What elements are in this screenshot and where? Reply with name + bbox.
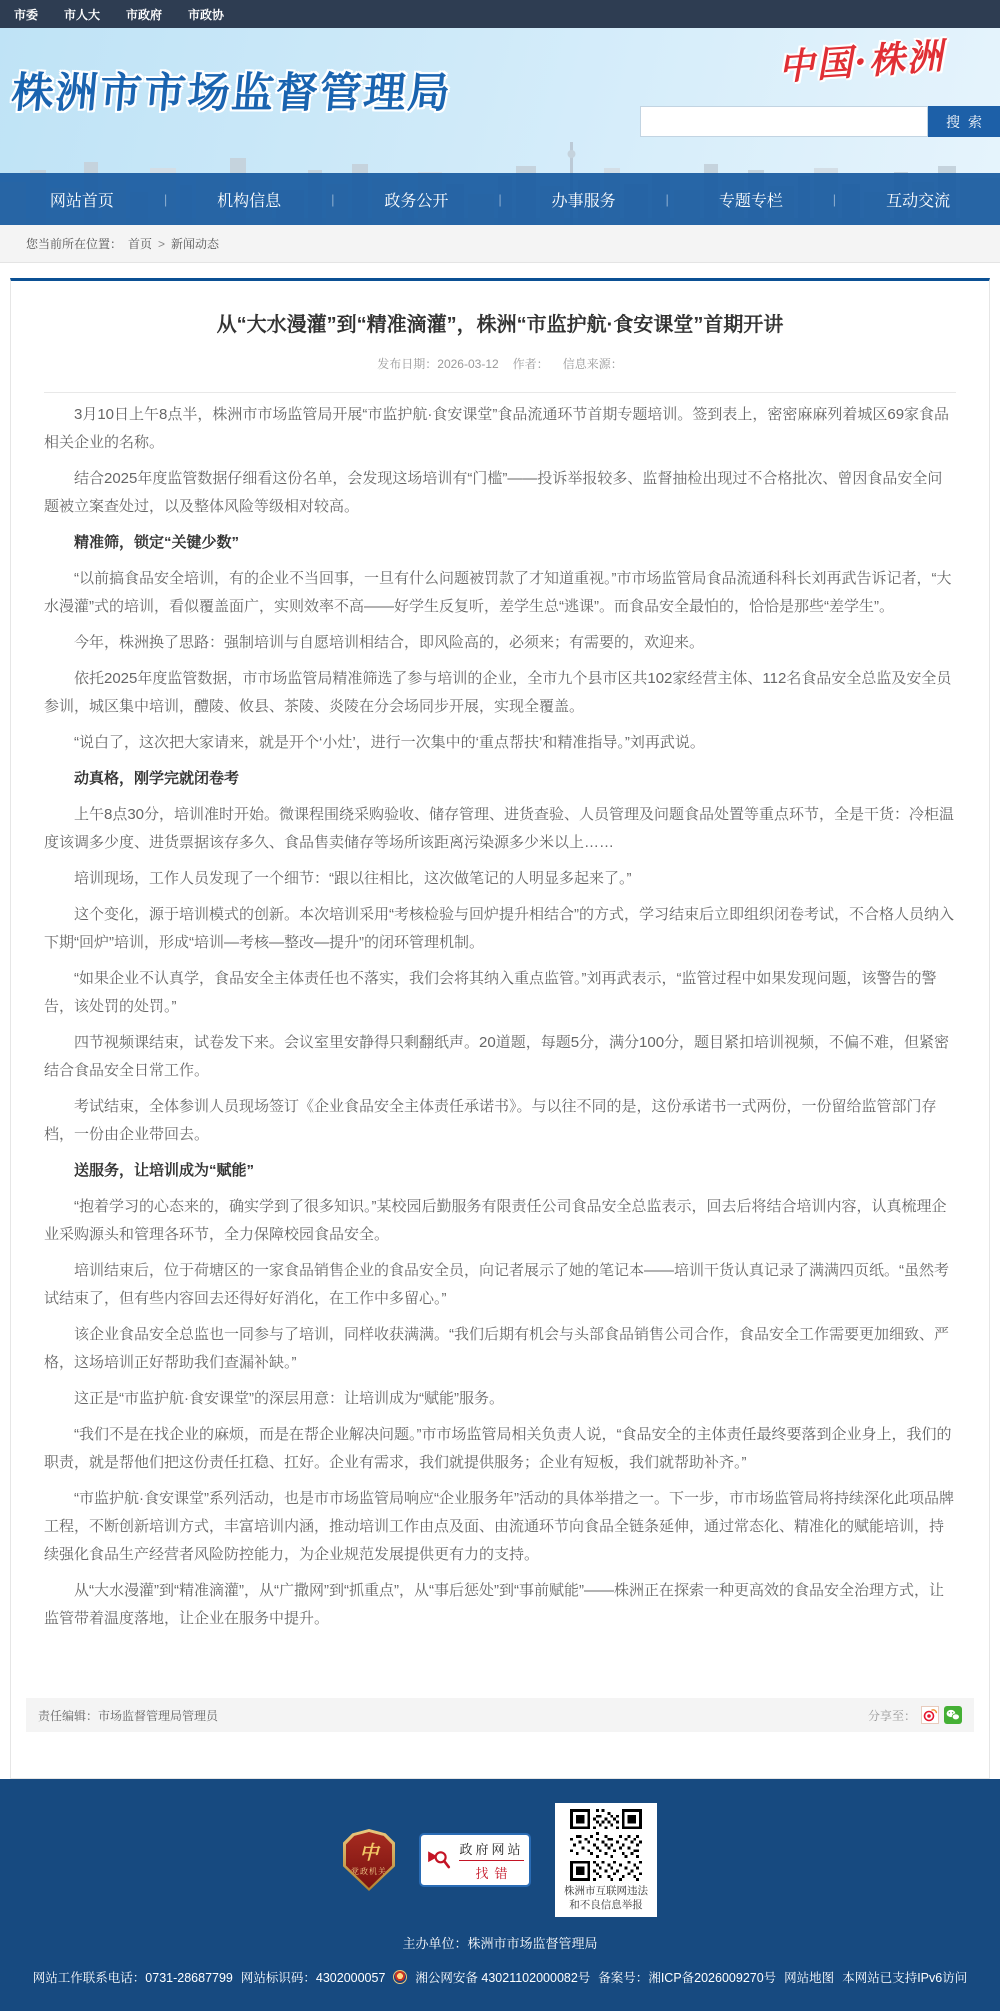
article-paragraph: 依托2025年度监管数据，市市场监管局精准筛选了参与培训的企业，全市九个县市区共… [44, 665, 956, 721]
nav-item-3[interactable]: 办事服务 [502, 188, 666, 211]
article-paragraph: “如果企业不认真学，食品安全主体责任也不落实，我们会将其纳入重点监管。”刘再武表… [44, 965, 956, 1021]
footer-badges: 中 党政机关 政府网站 找错 株洲市互联网违法 和不良信息举报 [0, 1779, 1000, 1921]
author-label: 作者： [513, 355, 549, 372]
article-paragraph: 从“大水漫灌”到“精准滴灌”，从“广撒网”到“抓重点”，从“事后惩处”到“事前赋… [44, 1577, 956, 1633]
organizer-line: 主办单位：株洲市市场监督管理局 [0, 1933, 1000, 1952]
main-nav: 网站首页|机构信息|政务公开|办事服务|专题专栏|互动交流 [0, 173, 1000, 225]
breadcrumb-item-1[interactable]: 新闻动态 [171, 235, 219, 252]
publish-date: 发布日期：2026-03-12 [377, 355, 498, 372]
article-paragraph: 今年，株洲换了思路：强制培训与自愿培训相结合，即风险高的，必须来；有需要的，欢迎… [44, 629, 956, 657]
article-meta: 发布日期：2026-03-12 作者： 信息来源： [44, 355, 956, 372]
article-paragraph: 3月10日上午8点半，株洲市市场监管局开展“市监护航·食安课堂”食品流通环节首期… [44, 401, 956, 457]
share-bar: 分享至： [868, 1706, 962, 1724]
breadcrumb-items: 首页>新闻动态 [128, 235, 219, 252]
icp-link[interactable]: 湘ICP备2026009270号 [648, 1968, 776, 1986]
breadcrumb-item-0[interactable]: 首页 [128, 235, 152, 252]
police-badge-icon [393, 1970, 407, 1984]
report-qr-label-line2: 和不良信息举报 [559, 1898, 653, 1912]
site-banner: 株洲市市场监督管理局 中国·株洲 搜索 网站首页|机构信息|政务公开|办事服务|… [0, 28, 1000, 225]
icp-group: 备案号：湘ICP备2026009270号 [598, 1968, 776, 1986]
report-qr-box: 株洲市互联网违法 和不良信息举报 [555, 1803, 657, 1917]
magnifier-flag-icon [426, 1847, 452, 1873]
footer-info-line: 网站工作联系电话：0731-28687799 网站标识码：4302000057 … [0, 1968, 1000, 1986]
wechat-icon[interactable] [944, 1706, 962, 1724]
editor-bar: 责任编辑：市场监督管理局管理员 分享至： [26, 1698, 974, 1732]
police-filing-link[interactable]: 湘公网安备 43021102000082号 [415, 1968, 590, 1986]
breadcrumb-separator: > [158, 237, 165, 251]
icp-label: 备案号： [598, 1968, 648, 1986]
nav-item-4[interactable]: 专题专栏 [669, 188, 833, 211]
top-bar-links: 市委市人大市政府市政协 [14, 6, 224, 23]
article-paragraph: “以前搞食品安全培训，有的企业不当回事，一旦有什么问题被罚款了才知道重视。”市市… [44, 565, 956, 621]
article-body: 3月10日上午8点半，株洲市市场监管局开展“市监护航·食安课堂”食品流通环节首期… [44, 401, 956, 1633]
china-zhuzhou-logo: 中国·株洲 [777, 28, 947, 90]
party-government-badge[interactable]: 中 党政机关 [343, 1829, 395, 1891]
article-title: 从“大水漫灌”到“精准滴灌”，株洲“市监护航·食安课堂”首期开讲 [44, 311, 956, 339]
article-paragraph: 这个变化，源于培训模式的创新。本次培训采用“考核检验与回炉提升相结合”的方式，学… [44, 901, 956, 957]
article-paragraph: “市监护航·食安课堂”系列活动，也是市市场监管局响应“企业服务年”活动的具体举措… [44, 1485, 956, 1569]
report-qr-code [570, 1809, 642, 1881]
article-paragraph: 结合2025年度监管数据仔细看这份名单，会发现这场培训有“门槛”——投诉举报较多… [44, 465, 956, 521]
sitemap-link[interactable]: 网站地图 [784, 1968, 834, 1986]
article-container: 从“大水漫灌”到“精准滴灌”，株洲“市监护航·食安课堂”首期开讲 发布日期：20… [10, 278, 990, 1779]
party-government-shield-icon: 中 党政机关 [346, 1832, 392, 1888]
search-button[interactable]: 搜索 [928, 106, 1000, 137]
party-emblem-icon: 中 [359, 1844, 378, 1864]
article-paragraph: 这正是“市监护航·食安课堂”的深层用意：让培训成为“赋能”服务。 [44, 1385, 956, 1413]
nav-item-1[interactable]: 机构信息 [167, 188, 331, 211]
top-bar-link-1[interactable]: 市人大 [64, 6, 100, 23]
breadcrumb-label: 您当前所在位置： [26, 235, 122, 252]
share-label: 分享至： [868, 1707, 916, 1724]
find-error-text: 政府网站 找错 [459, 1839, 523, 1882]
contact-phone: 网站工作联系电话：0731-28687799 [33, 1968, 233, 1986]
article-subheading: 动真格，刚学完就闭卷考 [44, 765, 956, 793]
nav-item-2[interactable]: 政务公开 [334, 188, 498, 211]
top-bar-link-2[interactable]: 市政府 [126, 6, 162, 23]
article-paragraph: “说白了，这次把大家请来，就是开个‘小灶’，进行一次集中的‘重点帮扶’和精准指导… [44, 729, 956, 757]
weibo-icon[interactable] [921, 1706, 939, 1724]
title-divider [44, 392, 956, 393]
site-code: 网站标识码：4302000057 [241, 1968, 386, 1986]
article-paragraph: 培训结束后，位于荷塘区的一家食品销售企业的食品安全员，向记者展示了她的笔记本——… [44, 1257, 956, 1313]
spacer [0, 263, 1000, 278]
article-paragraph: 上午8点30分，培训准时开始。微课程围绕采购验收、储存管理、进货查验、人员管理及… [44, 801, 956, 857]
article-paragraph: “我们不是在找企业的麻烦，而是在帮企业解决问题。”市市场监管局相关负责人说，“食… [44, 1421, 956, 1477]
page-footer: 中 党政机关 政府网站 找错 株洲市互联网违法 和不良信息举报 主办单位：株洲市… [0, 1779, 1000, 2011]
article-paragraph: 考试结束，全体参训人员现场签订《企业食品安全主体责任承诺书》。与以往不同的是，这… [44, 1093, 956, 1149]
top-bar-link-3[interactable]: 市政协 [188, 6, 224, 23]
search-bar: 搜索 [640, 106, 1000, 137]
article-subheading: 精准筛，锁定“关键少数” [44, 529, 956, 557]
breadcrumb: 您当前所在位置： 首页>新闻动态 [0, 225, 1000, 263]
report-qr-label-line1: 株洲市互联网违法 [559, 1884, 653, 1898]
top-bar-link-0[interactable]: 市委 [14, 6, 38, 23]
source-label: 信息来源： [563, 355, 623, 372]
article-paragraph: 该企业食品安全总监也一同参与了培训，同样收获满满。“我们后期有机会与头部食品销售… [44, 1321, 956, 1377]
nav-item-0[interactable]: 网站首页 [0, 188, 164, 211]
editor-line: 责任编辑：市场监督管理局管理员 [38, 1707, 218, 1724]
top-bar: 市委市人大市政府市政协 [0, 0, 1000, 28]
article-paragraph: “抱着学习的心态来的，确实学到了很多知识。”某校园后勤服务有限责任公司食品安全总… [44, 1193, 956, 1249]
article-subheading: 送服务，让培训成为“赋能” [44, 1157, 956, 1185]
find-error-badge[interactable]: 政府网站 找错 [419, 1833, 531, 1887]
site-title: 株洲市市场监督管理局 [9, 60, 454, 120]
nav-item-5[interactable]: 互动交流 [836, 188, 1000, 211]
search-input[interactable] [640, 106, 928, 137]
article-paragraph: 四节视频课结束，试卷发下来。会议室里安静得只剩翻纸声。20道题，每题5分，满分1… [44, 1029, 956, 1085]
article-paragraph: 培训现场，工作人员发现了一个细节：“跟以往相比，这次做笔记的人明显多起来了。” [44, 865, 956, 893]
ipv6-link[interactable]: 本网站已支持IPv6访问 [842, 1968, 967, 1986]
